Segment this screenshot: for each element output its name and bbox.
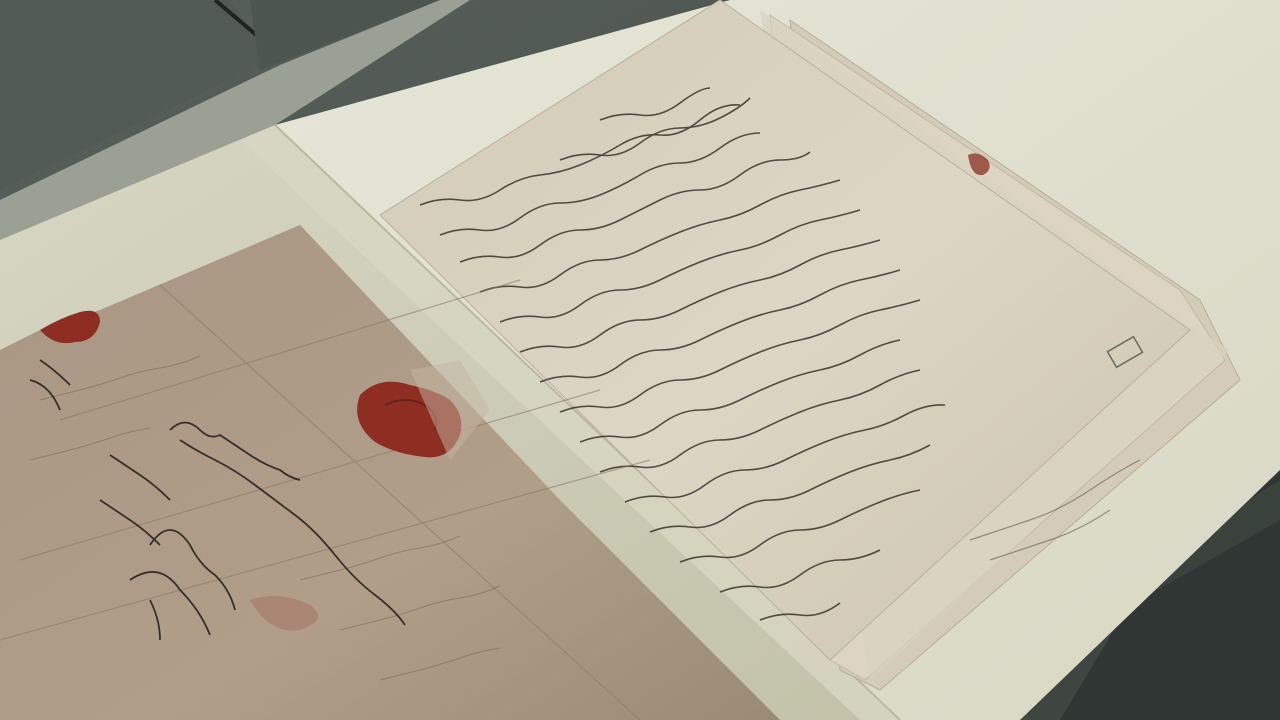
photo-scene xyxy=(0,0,1280,720)
scene-illustration xyxy=(0,0,1280,720)
